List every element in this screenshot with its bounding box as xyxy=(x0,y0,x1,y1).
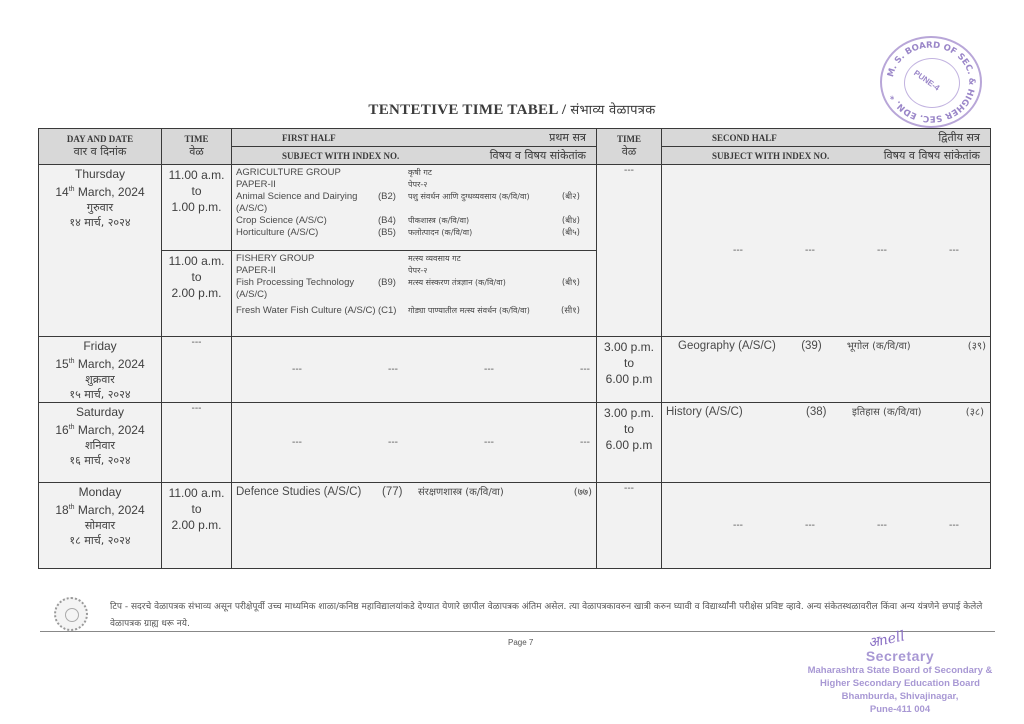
subject-cell: History (A/S/C)(38)इतिहास (क/वि/वा)(३८) xyxy=(662,403,991,483)
header-time-2: TIME वेळ xyxy=(597,129,662,165)
time-table: DAY AND DATE वार व दिनांक TIME वेळ FIRST… xyxy=(38,128,991,569)
header-day-date: DAY AND DATE वार व दिनांक xyxy=(39,129,162,165)
secretary-title: Secretary xyxy=(800,648,1000,664)
header-subject-2: SUBJECT WITH INDEX NO.विषय व विषय सांकेत… xyxy=(662,147,991,165)
time-cell: 11.00 a.m. to 2.00 p.m. xyxy=(162,483,232,569)
time-cell: 11.00 a.m. to 2.00 p.m. xyxy=(162,251,232,337)
subject-cell-empty: ------------ xyxy=(232,337,597,403)
footer-note: टिप - सदरचे वेळापत्रक संभाव्य असून परीक्… xyxy=(110,599,990,633)
secretary-line: Pune-411 004 xyxy=(800,703,1000,716)
time-cell-empty: --- xyxy=(597,483,662,569)
title-marathi: संभाव्य वेळापत्रक xyxy=(570,103,655,118)
subject-cell: AGRICULTURE GROUPकृषी गट PAPER-IIपेपर-२ … xyxy=(232,165,597,251)
time-cell-empty: --- xyxy=(597,165,662,337)
subject-cell: Defence Studies (A/S/C)(77)संरक्षणशास्त्… xyxy=(232,483,597,569)
day-cell: Monday 18th March, 2024 सोमवार १८ मार्च,… xyxy=(39,483,162,569)
secretary-line: Maharashtra State Board of Secondary & xyxy=(800,664,1000,677)
board-logo-icon xyxy=(54,597,88,631)
table-row: Friday 15th March, 2024 शुक्रवार १५ मार्… xyxy=(39,337,991,403)
day-cell: Saturday 16th March, 2024 शनिवार १६ मार्… xyxy=(39,403,162,483)
secretary-block: Secretary Maharashtra State Board of Sec… xyxy=(800,648,1000,716)
table-row: Saturday 16th March, 2024 शनिवार १६ मार्… xyxy=(39,403,991,483)
secretary-line: Higher Secondary Education Board xyxy=(800,677,1000,690)
time-cell: 3.00 p.m. to 6.00 p.m xyxy=(597,403,662,483)
page-title: TENTETIVE TIME TABEL / संभाव्य वेळापत्रक xyxy=(0,100,1024,119)
page-number: Page 7 xyxy=(508,638,533,647)
header-first-half: FIRST HALFप्रथम सत्र xyxy=(232,129,597,147)
secretary-line: Bhamburda, Shivajinagar, xyxy=(800,690,1000,703)
table-row: Monday 18th March, 2024 सोमवार १८ मार्च,… xyxy=(39,483,991,569)
subject-cell-empty: ------------ xyxy=(662,165,991,337)
header-second-half: SECOND HALFद्वितीय सत्र xyxy=(662,129,991,147)
footer-divider xyxy=(40,631,995,632)
board-stamp: M. S. BOARD OF SEC. & HIGHER SEC. EDN. *… xyxy=(880,36,982,128)
time-cell: 11.00 a.m. to 1.00 p.m. xyxy=(162,165,232,251)
subject-cell-empty: ------------ xyxy=(662,483,991,569)
day-cell: Friday 15th March, 2024 शुक्रवार १५ मार्… xyxy=(39,337,162,403)
header-subject-1: SUBJECT WITH INDEX NO.विषय व विषय सांकेत… xyxy=(232,147,597,165)
header-time-1: TIME वेळ xyxy=(162,129,232,165)
table-row: Thursday 14th March, 2024 गुरुवार १४ मार… xyxy=(39,165,991,251)
time-cell: 3.00 p.m. to 6.00 p.m xyxy=(597,337,662,403)
subject-cell: FISHERY GROUPमत्स्य व्यवसाय गट PAPER-IIप… xyxy=(232,251,597,337)
time-cell-empty: --- xyxy=(162,403,232,483)
subject-cell-empty: ------------ xyxy=(232,403,597,483)
time-cell-empty: --- xyxy=(162,337,232,403)
title-english: TENTETIVE TIME TABEL / xyxy=(368,102,566,118)
subject-cell: Geography (A/S/C)(39)भूगोल (क/वि/वा)(३९) xyxy=(662,337,991,403)
day-cell: Thursday 14th March, 2024 गुरुवार १४ मार… xyxy=(39,165,162,337)
